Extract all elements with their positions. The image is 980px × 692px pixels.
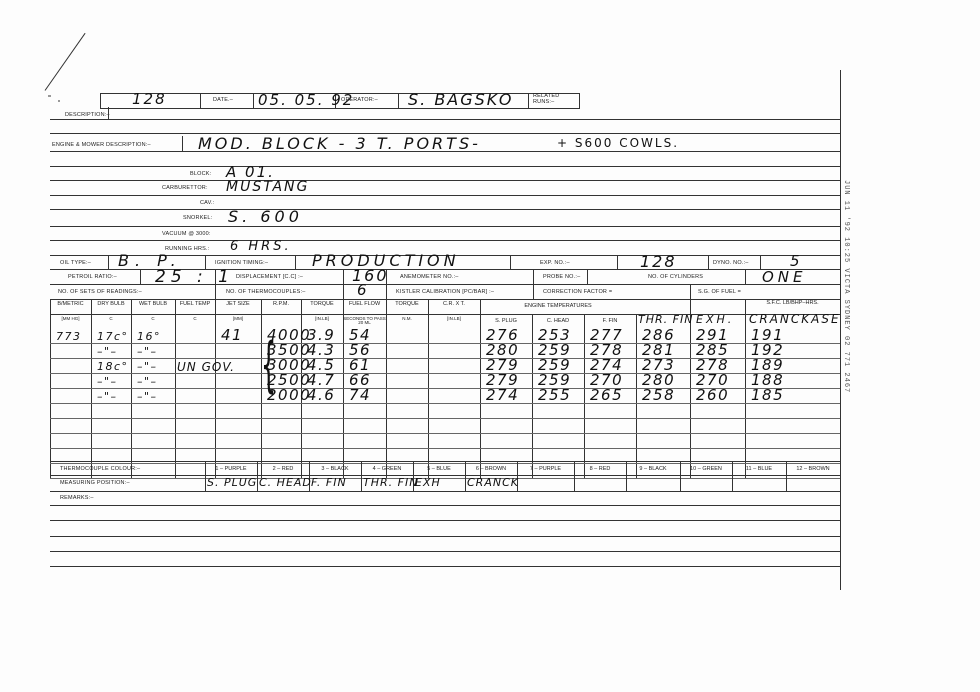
column-header: F. FIN [584, 318, 636, 324]
colour-divider [361, 461, 362, 491]
thermocouple-colour: 8 – RED [574, 466, 626, 472]
table-cell-crank: 185 [751, 386, 784, 404]
run-number: 128 [132, 90, 167, 108]
table-cell-wet: –"– [137, 345, 158, 358]
column-header: C.R. x T. [428, 302, 480, 307]
table-row-line [50, 478, 840, 479]
operator-label: OPERATOR:– [341, 97, 378, 103]
running-hrs-value: 6 HRS. [230, 239, 292, 254]
measuring-position: C. HEAD [259, 476, 312, 489]
cav-label: CAV.: [200, 200, 214, 206]
sfc-header: S.F.C. LB/BHP–HRS. [745, 300, 840, 306]
corner-mark [45, 33, 86, 91]
cylinders-label: No. OF CYLINDERS [648, 274, 703, 280]
fax-stamp: JUN 11 '92 10:25 VICTA SYDNEY 02 771 246… [842, 180, 850, 393]
table-row-line [50, 418, 840, 419]
ignition-label: IGNITION TIMING:– [215, 260, 268, 266]
vacuum-label: VACUUM @ 3000: [162, 231, 211, 237]
table-cell-flow: 74 [349, 386, 371, 404]
table-cell-chead: 255 [538, 386, 571, 404]
thermocouple-colour: 7 – PURPLE [517, 466, 574, 472]
brace-mark: { [261, 330, 277, 400]
table-cell-wet: 16° [137, 330, 161, 343]
oil-type-label: OIL TYPE:– [60, 260, 91, 266]
column-header: FUEL FLOW [343, 302, 386, 307]
column-unit: [in.lb] [428, 317, 480, 321]
exp-no-label: EXP. No.:– [540, 260, 570, 266]
table-row-line [50, 463, 840, 464]
displacement-label: DISPLACEMENT [c.c] :– [236, 274, 303, 280]
table-cell-torque: 4.6 [307, 386, 335, 404]
thermocouple-colour: 11 – BLUE [732, 466, 786, 472]
measuring-position: CRANCK [467, 476, 519, 489]
thermocouple-colour: 2 – RED [257, 466, 309, 472]
colour-divider [732, 461, 733, 491]
correction-label: CORRECTION FACTOR = [543, 289, 612, 295]
colour-divider [465, 461, 466, 491]
operator-value: S. BAGSKO [408, 90, 513, 109]
kistler-label: KISTLER CALIBRATION [pC/bar] :– [396, 289, 494, 295]
dyno-no-label: DYNO. No.:– [713, 260, 749, 266]
column-unit: C [131, 317, 175, 321]
measuring-position: F. FIN [311, 476, 347, 489]
column-header: TORQUE [386, 302, 428, 307]
block-label: BLOCK: [190, 171, 211, 177]
column-header-handwritten: THR. FIN [638, 313, 693, 326]
table-cell-wet: –"– [137, 375, 158, 388]
sets-label: No. OF SETS OF READINGS:– [58, 289, 142, 295]
column-unit: C [175, 317, 215, 321]
column-header: C. HEAD [532, 318, 584, 324]
column-unit: N.M. [386, 317, 428, 321]
column-unit: [mm] [215, 317, 261, 321]
date-label: DATE.– [213, 97, 233, 103]
table-row-line [50, 448, 840, 449]
table-cell-dry: –"– [97, 345, 118, 358]
colour-divider [205, 461, 206, 491]
column-header: B/METRIC [50, 302, 91, 307]
thermocouple-colour: 4 – GREEN [361, 466, 413, 472]
thermocouples-label: No. OF THERMOCOUPLES:– [226, 289, 305, 295]
engine-desc-extra: + S600 COWLS. [557, 136, 679, 150]
thermocouple-colour: 1 – PURPLE [205, 466, 257, 472]
column-header: JET SIZE [215, 302, 261, 307]
table-cell-thrfin: 258 [642, 386, 675, 404]
thermocouple-colour: 6 – BROWN [465, 466, 517, 472]
column-unit: C [91, 317, 131, 321]
colour-divider [574, 461, 575, 491]
colour-divider [626, 461, 627, 491]
engine-desc-label: ENGINE & MOWER DESCRIPTION:– [52, 142, 151, 148]
column-header: WET BULB [131, 302, 175, 307]
thermocouple-colour: 12 – BROWN [786, 466, 840, 472]
column-unit: SECONDS TO PASS 20 ml [343, 317, 386, 325]
measuring-position: EXH [415, 476, 441, 489]
table-column-line [584, 314, 585, 478]
table-cell-wet: –"– [137, 390, 158, 403]
governor-note: UN GOV. [177, 360, 235, 374]
thermocouple-colour: 10 – GREEN [680, 466, 732, 472]
scan-noise [48, 95, 51, 97]
colour-divider [680, 461, 681, 491]
column-header: FUEL TEMP [175, 302, 215, 307]
engine-temps-header: ENGINE TEMPERATURES [480, 303, 636, 309]
thermocouple-colour-label: THERMOCOUPLE COLOUR:– [60, 466, 140, 472]
table-cell-splug: 274 [486, 386, 519, 404]
related-runs-label: RELATED RUNS:– [533, 93, 573, 105]
thermocouple-colour: 3 – BLACK [309, 466, 361, 472]
thermocouples-value: 6 [357, 281, 369, 299]
table-cell-dry: 18c° [97, 360, 129, 373]
measuring-position: THR. FIN [363, 476, 418, 489]
carburettor-label: CARBURETTOR: [162, 185, 208, 191]
column-header-handwritten: CRANCKASE [749, 312, 841, 326]
probe-label: PROBE No.:– [543, 274, 580, 280]
measuring-position-label: MEASURING POSITION:– [60, 480, 130, 486]
colour-divider [786, 461, 787, 491]
remarks-label: REMARKS:– [60, 495, 94, 501]
table-cell-dry: –"– [97, 390, 118, 403]
table-column-line [532, 314, 533, 478]
test-record-sheet: 128 DATE.– 05. 05. 92 OPERATOR:– S. BAGS… [0, 0, 980, 692]
scan-noise [58, 100, 60, 102]
snorkel-label: SNORKEL: [183, 215, 212, 221]
table-cell-dry: –"– [97, 375, 118, 388]
sg-fuel-label: S.G. OF FUEL = [698, 289, 741, 295]
table-cell-wet: –"– [137, 360, 158, 373]
snorkel-value: S. 600 [228, 207, 303, 226]
table-cell-dry: 17c° [97, 330, 129, 343]
thermocouple-colour: 5 – BLUE [413, 466, 465, 472]
table-row-line [50, 433, 840, 434]
carburettor-value: MUSTANG [226, 179, 309, 195]
date-value: 05. 05. 92 [258, 91, 354, 109]
column-unit: [in.lb] [301, 317, 343, 321]
column-unit: [mm Hg] [50, 317, 91, 321]
column-header: TORQUE [301, 302, 343, 307]
table-column-line [636, 314, 637, 478]
description-label: DESCRIPTION:– [65, 112, 110, 118]
column-header-handwritten: EXH. [696, 313, 734, 326]
thermocouple-colour: 9 – BLACK [626, 466, 680, 472]
column-header: R.P.M. [261, 302, 301, 307]
column-header: S. PLUG [480, 318, 532, 324]
anemometer-label: ANEMOMETER No.:– [400, 274, 459, 280]
table-cell-jet: 41 [221, 326, 243, 344]
table-cell-exh: 260 [696, 386, 729, 404]
measuring-position: S. PLUG [207, 476, 257, 489]
table-cell-ffin: 265 [590, 386, 623, 404]
table-cell-baro: 773 [56, 330, 82, 343]
petroil-label: PETROIL RATIO:– [68, 274, 117, 280]
column-header: DRY BULB [91, 302, 131, 307]
